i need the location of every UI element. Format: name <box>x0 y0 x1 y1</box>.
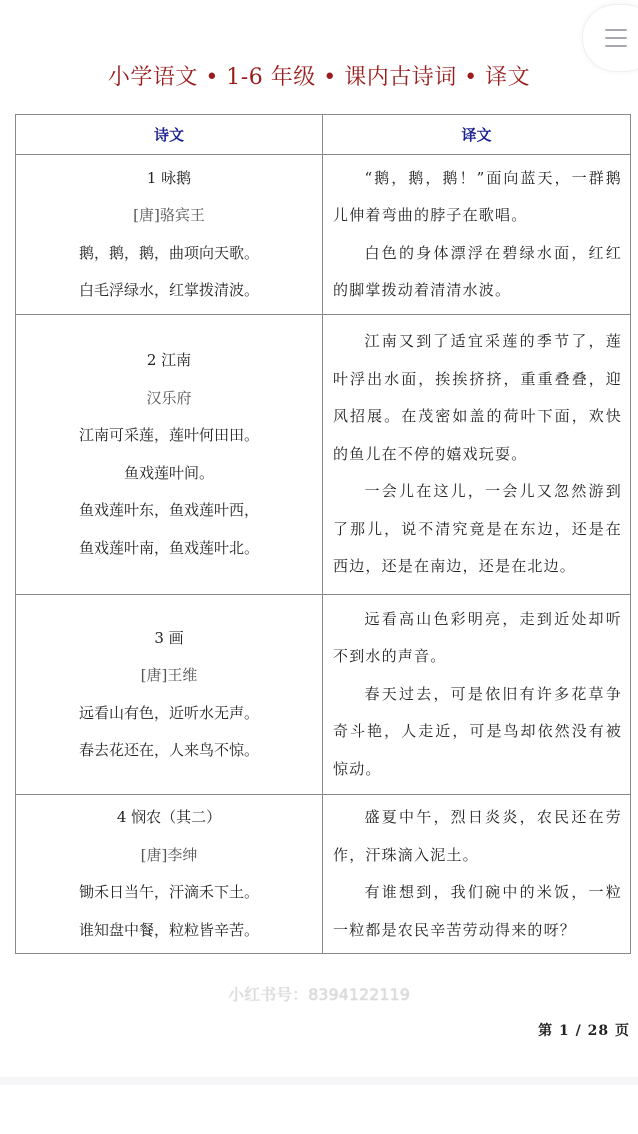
divider-band <box>0 1077 638 1085</box>
header-poem: 诗文 <box>16 115 323 155</box>
translation-paragraph: 有谁想到，我们碗中的米饭，一粒一粒都是农民辛苦劳动得来的呀？ <box>333 874 622 949</box>
poem-author: 汉乐府 <box>16 380 322 418</box>
table-row: 3 画 [唐]王维 远看山有色，近听水无声。 春去花还在，人来鸟不惊。 远看高山… <box>16 595 631 795</box>
poem-line: 谁知盘中餐，粒粒皆辛苦。 <box>16 912 322 950</box>
poem-author: [唐]李绅 <box>16 837 322 875</box>
poem-cell: 2 江南 汉乐府 江南可采莲，莲叶何田田。 鱼戏莲叶间。 鱼戏莲叶东，鱼戏莲叶西… <box>16 315 323 595</box>
poem-heading: 1 咏鹅 <box>16 160 322 198</box>
poem-table: 诗文 译文 1 咏鹅 [唐]骆宾王 鹅，鹅，鹅，曲项向天歌。 白毛浮绿水，红掌拨… <box>15 114 631 954</box>
poem-cell: 1 咏鹅 [唐]骆宾王 鹅，鹅，鹅，曲项向天歌。 白毛浮绿水，红掌拨清波。 <box>16 155 323 315</box>
translation-paragraph: 盛夏中午，烈日炎炎，农民还在劳作，汗珠滴入泥土。 <box>333 799 622 874</box>
poem-line: 鱼戏莲叶间。 <box>16 455 322 493</box>
translation-paragraph: 春天过去，可是依旧有许多花草争奇斗艳，人走近，可是鸟却依然没有被惊动。 <box>333 676 622 789</box>
poem-line: 江南可采莲，莲叶何田田。 <box>16 417 322 455</box>
poem-heading: 4 悯农（其二） <box>16 799 322 837</box>
table-row: 4 悯农（其二） [唐]李绅 锄禾日当午，汗滴禾下土。 谁知盘中餐，粒粒皆辛苦。… <box>16 795 631 954</box>
poem-line: 锄禾日当午，汗滴禾下土。 <box>16 874 322 912</box>
header-translation: 译文 <box>323 115 631 155</box>
poem-line: 远看山有色，近听水无声。 <box>16 695 322 733</box>
poem-line: 鱼戏莲叶南，鱼戏莲叶北。 <box>16 530 322 568</box>
table-header-row: 诗文 译文 <box>16 115 631 155</box>
translation-paragraph: 白色的身体漂浮在碧绿水面，红红的脚掌拨动着清清水波。 <box>333 235 622 310</box>
page-indicator: 第 1 / 28 页 <box>538 1020 630 1040</box>
poem-line: 白毛浮绿水，红掌拨清波。 <box>16 272 322 310</box>
poem-author: [唐]骆宾王 <box>16 197 322 235</box>
poem-line: 春去花还在，人来鸟不惊。 <box>16 732 322 770</box>
table-row: 1 咏鹅 [唐]骆宾王 鹅，鹅，鹅，曲项向天歌。 白毛浮绿水，红掌拨清波。 “鹅… <box>16 155 631 315</box>
document-title: 小学语文 • 1-6 年级 • 课内古诗词 • 译文 <box>0 60 638 91</box>
translation-paragraph: 一会儿在这儿，一会儿又忽然游到了那儿，说不清究竟是在东边，还是在西边，还是在南边… <box>333 473 622 586</box>
translation-paragraph: “鹅，鹅，鹅！”面向蓝天，一群鹅儿伸着弯曲的脖子在歌唱。 <box>333 160 622 235</box>
translation-cell: 江南又到了适宜采莲的季节了，莲叶浮出水面，挨挨挤挤，重重叠叠，迎风招展。在茂密如… <box>323 315 631 595</box>
table-row: 2 江南 汉乐府 江南可采莲，莲叶何田田。 鱼戏莲叶间。 鱼戏莲叶东，鱼戏莲叶西… <box>16 315 631 595</box>
poem-cell: 3 画 [唐]王维 远看山有色，近听水无声。 春去花还在，人来鸟不惊。 <box>16 595 323 795</box>
watermark: 小红书号：8394122119 <box>0 982 638 1005</box>
translation-cell: 盛夏中午，烈日炎炎，农民还在劳作，汗珠滴入泥土。 有谁想到，我们碗中的米饭，一粒… <box>323 795 631 954</box>
poem-line: 鱼戏莲叶东，鱼戏莲叶西， <box>16 492 322 530</box>
poem-heading: 3 画 <box>16 620 322 658</box>
translation-cell: “鹅，鹅，鹅！”面向蓝天，一群鹅儿伸着弯曲的脖子在歌唱。 白色的身体漂浮在碧绿水… <box>323 155 631 315</box>
translation-paragraph: 江南又到了适宜采莲的季节了，莲叶浮出水面，挨挨挤挤，重重叠叠，迎风招展。在茂密如… <box>333 323 622 473</box>
translation-paragraph: 远看高山色彩明亮，走到近处却听不到水的声音。 <box>333 601 622 676</box>
translation-cell: 远看高山色彩明亮，走到近处却听不到水的声音。 春天过去，可是依旧有许多花草争奇斗… <box>323 595 631 795</box>
poem-author: [唐]王维 <box>16 657 322 695</box>
poem-cell: 4 悯农（其二） [唐]李绅 锄禾日当午，汗滴禾下土。 谁知盘中餐，粒粒皆辛苦。 <box>16 795 323 954</box>
poem-heading: 2 江南 <box>16 342 322 380</box>
poem-line: 鹅，鹅，鹅，曲项向天歌。 <box>16 235 322 273</box>
